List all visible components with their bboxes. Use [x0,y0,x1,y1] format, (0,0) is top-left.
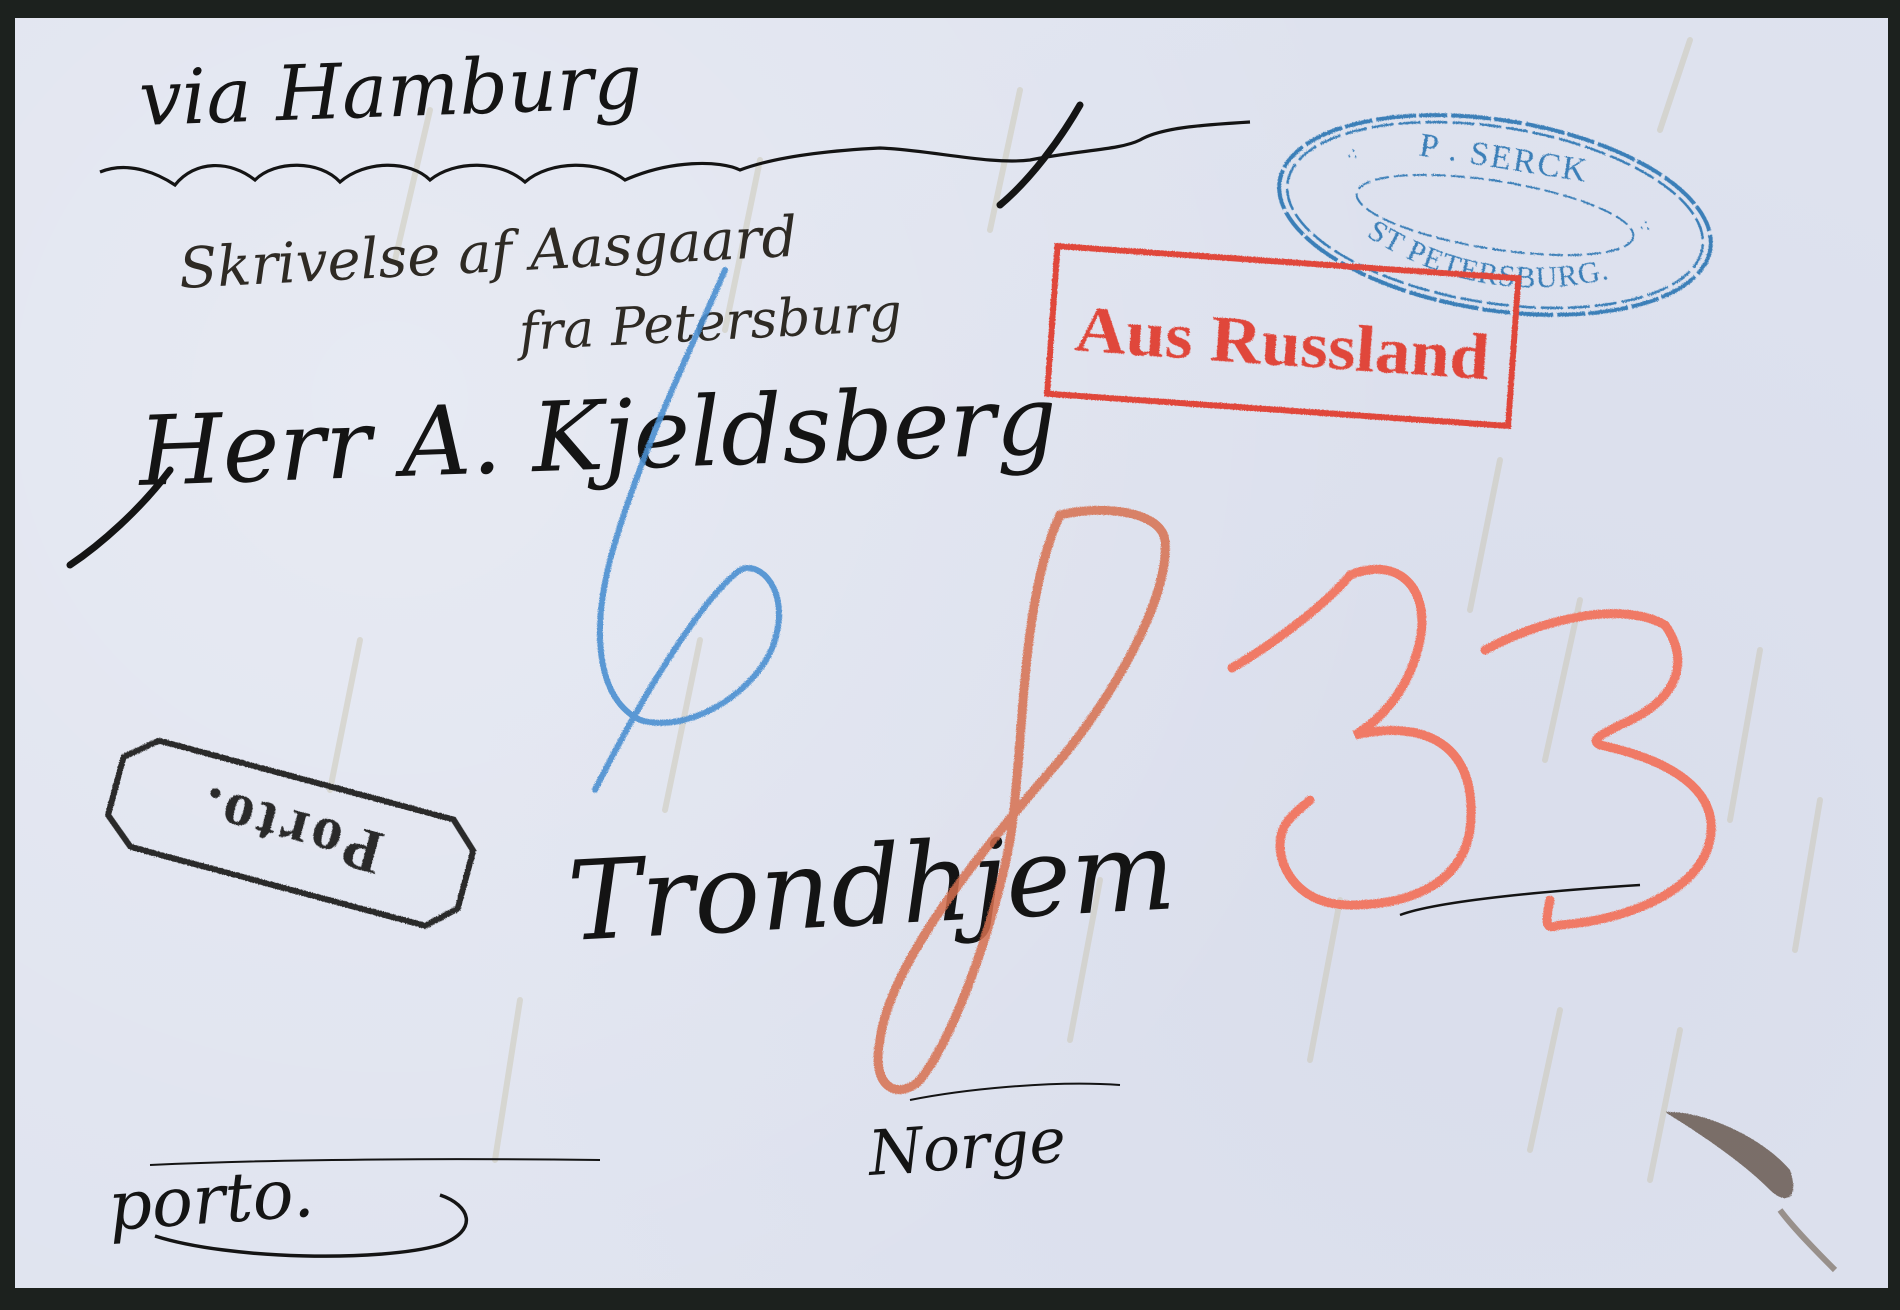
note-line-1: Skrivelse af Aasgaard [177,205,799,302]
addressee-H-descender [70,470,170,565]
sender-city: ST PETERSBURG. [1358,212,1617,310]
blue-rate-value: 6 [0,0,1,1]
routing-instruction: via Hamburg [138,36,644,142]
franking-note: porto. [106,1154,317,1247]
sender-name: P . SERCK [1417,127,1591,190]
red-rate-value: 33 [0,0,2,1]
ornament-dots-right: ∴ [1639,215,1652,235]
porto-box-stamp: Porto. [102,733,480,933]
country-flourish [910,1084,1120,1100]
svg-text:ST PETERSBURG.: ST PETERSBURG. [1358,212,1617,310]
addressee-name: Herr A. Kjeldsberg [135,364,1059,508]
sender-oval-cachet: ∴ ∴ P . SERCK ST PETERSBURG. [1265,87,1725,343]
transit-text: Aus Russland [1073,293,1492,395]
city-underline-flourish [1400,885,1640,915]
note-line-2: fra Petersburg [514,283,904,363]
transit-box-stamp: Aus Russland [1047,246,1518,426]
destination-country: Norge [864,1103,1068,1190]
postal-cover-scan: ∴ ∴ P . SERCK ST PETERSBURG. Aus Russlan… [0,0,1900,1310]
orange-rate-value: 8 [0,0,1,1]
ink-smudge [1665,1112,1835,1270]
cover-markings: ∴ ∴ P . SERCK ST PETERSBURG. Aus Russlan… [0,0,1900,1310]
ornament-dots-left: ∴ [1346,143,1359,163]
